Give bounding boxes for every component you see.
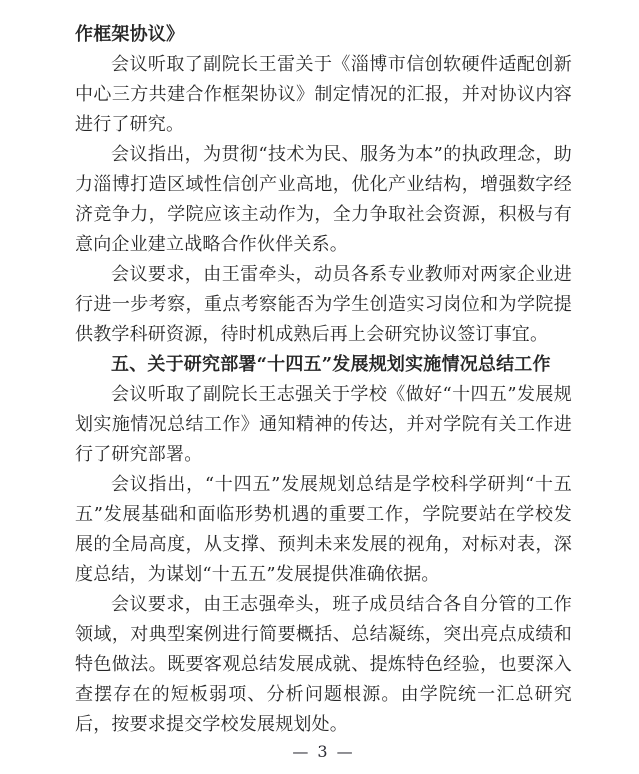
paragraph: 会议要求，由王雷牵头，动员各系专业教师对两家企业进行进一步考察，重点考察能否为学… — [75, 260, 572, 350]
page-footer: — 3 — — [75, 740, 572, 764]
document-text-block: 作框架协议》 会议听取了副院长王雷关于《淄博市信创软硬件适配创新中心三方共建合作… — [75, 20, 572, 740]
heading-continuation: 作框架协议》 — [75, 20, 572, 50]
section-heading: 五、关于研究部署“十四五”发展规划实施情况总结工作 — [75, 350, 572, 380]
page-number: — 3 — — [292, 742, 354, 761]
paragraph: 会议听取了副院长王志强关于学校《做好“十四五”发展规划实施情况总结工作》通知精神… — [75, 380, 572, 470]
document-page: 作框架协议》 会议听取了副院长王雷关于《淄博市信创软硬件适配创新中心三方共建合作… — [0, 0, 639, 774]
paragraph: 会议指出，为贯彻“技术为民、服务为本”的执政理念，助力淄博打造区域性信创产业高地… — [75, 140, 572, 260]
paragraph: 会议要求，由王志强牵头，班子成员结合各自分管的工作领域，对典型案例进行简要概括、… — [75, 590, 572, 740]
paragraph: 会议听取了副院长王雷关于《淄博市信创软硬件适配创新中心三方共建合作框架协议》制定… — [75, 50, 572, 140]
paragraph: 会议指出，“十四五”发展规划总结是学校科学研判“十五五”发展基础和面临形势机遇的… — [75, 470, 572, 590]
